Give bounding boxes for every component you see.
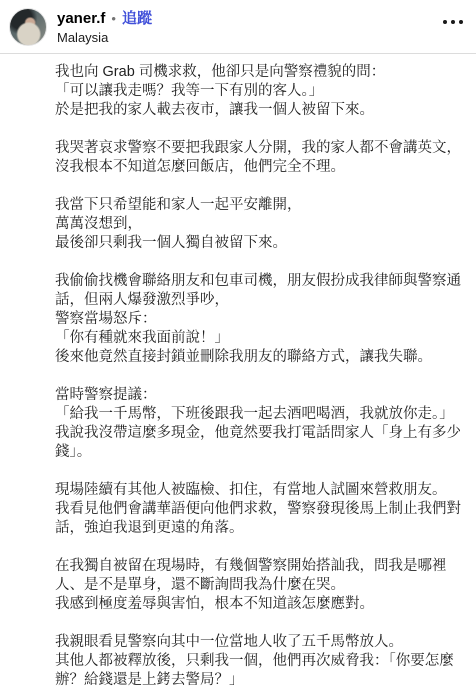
post-paragraph: 我親眼看見警察向其中一位當地人收了五千馬幣放人。 其他人都被釋放後，只剩我一個，… [55, 633, 465, 690]
post-card: yaner.f • 追蹤 Malaysia 我也向 Grab 司機求救，他卻只是… [0, 0, 476, 691]
username-row: yaner.f • 追蹤 [57, 9, 152, 28]
header-meta: yaner.f • 追蹤 Malaysia [57, 8, 152, 46]
more-dot [443, 20, 447, 24]
username-follow-separator: • [111, 9, 116, 28]
post-paragraph: 我也向 Grab 司機求救，他卻只是向警察禮貌的問： 「可以讓我走嗎？我等一下有… [55, 63, 465, 120]
avatar[interactable] [9, 8, 47, 46]
username[interactable]: yaner.f [57, 9, 105, 28]
post-location[interactable]: Malaysia [57, 29, 152, 46]
post-body: 我也向 Grab 司機求救，他卻只是向警察禮貌的問： 「可以讓我走嗎？我等一下有… [0, 54, 476, 690]
post-header: yaner.f • 追蹤 Malaysia [0, 0, 476, 53]
follow-button[interactable]: 追蹤 [122, 9, 152, 28]
post-paragraph: 現場陸續有其他人被臨檢、扣住，有當地人試圖來營救朋友。 我看見他們會講華語便向他… [55, 481, 465, 538]
post-paragraph: 我偷偷找機會聯絡朋友和包車司機，朋友假扮成我律師與警察通話，但兩人爆發激烈爭吵，… [55, 272, 465, 367]
post-paragraph: 我哭著哀求警察不要把我跟家人分開，我的家人都不會講英文，沒我根本不知道怎麼回飯店… [55, 139, 465, 177]
post-paragraph: 當時警察提議： 「給我一千馬幣，下班後跟我一起去酒吧喝酒，我就放你走。」 我說我… [55, 386, 465, 462]
post-paragraph: 我當下只希望能和家人一起平安離開， 萬萬沒想到， 最後卻只剩我一個人獨自被留下來… [55, 196, 465, 253]
post-paragraph: 在我獨自被留在現場時，有幾個警察開始搭訕我，問我是哪裡人、是不是單身，還不斷詢問… [55, 557, 465, 614]
more-dot [459, 20, 463, 24]
more-dot [451, 20, 455, 24]
more-options-icon[interactable] [443, 16, 463, 28]
